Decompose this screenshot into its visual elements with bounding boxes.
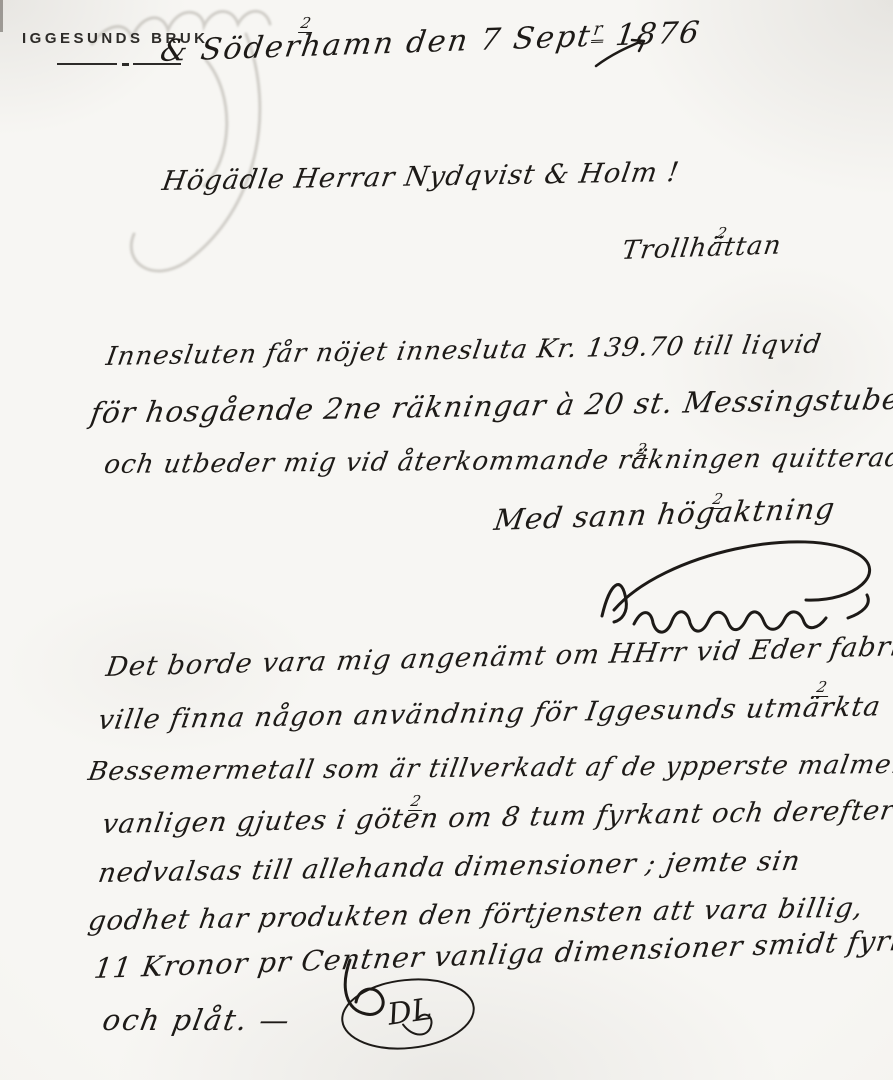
monogram-initials: DL: [385, 992, 434, 1033]
body2-line: vanligen gjutes i göten om 8 tum fyrkant…: [100, 795, 893, 840]
signature-flourish: [602, 542, 870, 632]
body2-line: Det borde vara mig angenämt om HHrr vid …: [104, 631, 893, 683]
body1-line: och utbeder mig vid återkommande räkning…: [102, 443, 893, 480]
letterhead-underline: [57, 63, 117, 65]
body2-line: ville finna någon användning för Iggesun…: [96, 691, 883, 736]
body2-line: Bessemermetall som är tillverkadt af de …: [86, 750, 893, 787]
salutation: Högädle Herrar Nydqvist & Holm !: [160, 157, 682, 197]
monogram-descender-stroke: [402, 1014, 432, 1036]
recipient-place: Trollhättan: [620, 230, 784, 266]
body2-line: nedvalsas till allehanda dimensioner ; j…: [96, 846, 803, 889]
scan-edge-artifact: [0, 0, 3, 32]
body1-line: Innesluten får nöjet innesluta Kr. 139.7…: [104, 330, 824, 372]
date-line: & Söderhamn den 7 Septr 1876: [158, 15, 703, 69]
body1-line: för hosgående 2ne räkningar à 20 st. Mes…: [88, 382, 893, 430]
date-year: 1876: [602, 15, 703, 53]
monogram-stamp: [339, 973, 477, 1054]
letterhead-underline-dash: [122, 63, 129, 66]
ghost-curve-stroke: [131, 34, 260, 271]
date-text: & Söderhamn den 7 Sept: [158, 19, 594, 69]
letter-scan: IGGESUNDS BRUK & Söderhamn den 7 Septr 1…: [0, 0, 893, 1080]
body2-line: och plåt. —: [100, 1003, 294, 1037]
closing-phrase: Med sann högaktning: [492, 491, 837, 537]
